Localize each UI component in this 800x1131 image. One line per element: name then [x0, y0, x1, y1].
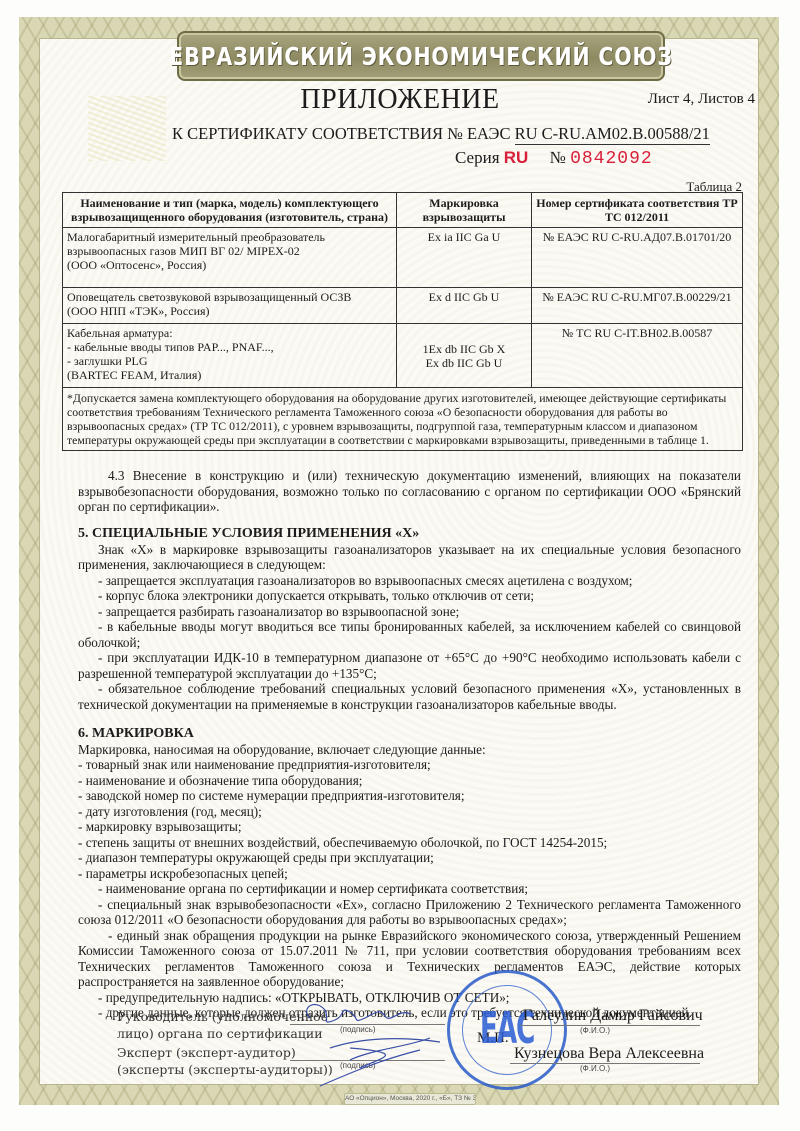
table-note-row: *Допускается замена комплектующего обору… [63, 388, 743, 451]
series-value: RU [504, 148, 529, 167]
series-line: Серия RU № 0842092 [455, 148, 653, 169]
signature-scribble [290, 998, 450, 1093]
expert-name: Кузнецова Вера Алексеевна [514, 1045, 704, 1063]
eac-stamp: ЕАС [447, 970, 567, 1090]
table-row: Малогабаритный измерительный преобразова… [63, 228, 743, 288]
marking-cell: Ex ia IIC Ga U [397, 228, 532, 288]
printer-imprint: АО «Опцион», Москва, 2020 г., «Б», ТЗ № … [344, 1093, 476, 1105]
union-banner: ЕВРАЗИЙСКИЙ ЭКОНОМИЧЕСКИЙ СОЮЗ [177, 31, 665, 81]
certificate-number: RU С-RU.АМ02.В.00588/21 [515, 124, 710, 145]
section-6-heading: 6. МАРКИРОВКА [78, 726, 741, 742]
table-note: *Допускается замена комплектующего обору… [63, 388, 743, 451]
equipment-table: Наименование и тип (марка, модель) компл… [62, 192, 743, 451]
section-4-3: 4.3 Внесение в конструкцию и (или) техни… [78, 468, 741, 515]
equipment-cell: Малогабаритный измерительный преобразова… [63, 228, 397, 288]
certificate-cell: № ЕАЭС RU С-RU.АД07.В.01701/20 [532, 228, 743, 288]
head-fio-caption: (Ф.И.О.) [580, 1026, 610, 1035]
expert-fio-caption: (Ф.И.О.) [580, 1064, 610, 1073]
table-header-row: Наименование и тип (марка, модель) компл… [63, 193, 743, 228]
table-row: Кабельная арматура: - кабельные вводы ти… [63, 324, 743, 388]
certificate-subtitle: К СЕРТИФИКАТУ СООТВЕТСТВИЯ № ЕАЭС RU С-R… [172, 124, 710, 144]
subtitle-prefix: К СЕРТИФИКАТУ СООТВЕТСТВИЯ № ЕАЭС [172, 124, 510, 143]
header-equipment: Наименование и тип (марка, модель) компл… [63, 193, 397, 228]
section-5-heading: 5. СПЕЦИАЛЬНЫЕ УСЛОВИЯ ПРИМЕНЕНИЯ «Х» [78, 526, 741, 542]
section-5: 5. СПЕЦИАЛЬНЫЕ УСЛОВИЯ ПРИМЕНЕНИЯ «Х» Зн… [78, 526, 741, 712]
certificate-cell: № ТС RU С-IT.ВН02.В.00587 [532, 324, 743, 388]
number-label: № [550, 148, 566, 167]
header-certificate: Номер сертификата соответствия ТР ТС 012… [532, 193, 743, 228]
head-name: Галеулин Дамир Гайсович [523, 1007, 703, 1025]
series-label: Серия [455, 148, 500, 167]
table-row: Оповещатель светозвуковой взрывозащищенн… [63, 288, 743, 324]
marking-cell: 1Ex db IIC Gb X Ex db IIC Gb U [397, 324, 532, 388]
sheet-number: Лист 4, Листов 4 [648, 91, 755, 108]
marking-cell: Ex d IIC Gb U [397, 288, 532, 324]
blank-number: 0842092 [570, 149, 653, 169]
section-6: 6. МАРКИРОВКА Маркировка, наносимая на о… [78, 726, 741, 1021]
equipment-cell: Кабельная арматура: - кабельные вводы ти… [63, 324, 397, 388]
equipment-cell: Оповещатель светозвуковой взрывозащищенн… [63, 288, 397, 324]
header-marking: Маркировка взрывозащиты [397, 193, 532, 228]
certificate-cell: № ЕАЭС RU С-RU.МГ07.В.00229/21 [532, 288, 743, 324]
union-banner-text: ЕВРАЗИЙСКИЙ ЭКОНОМИЧЕСКИЙ СОЮЗ [169, 42, 673, 71]
